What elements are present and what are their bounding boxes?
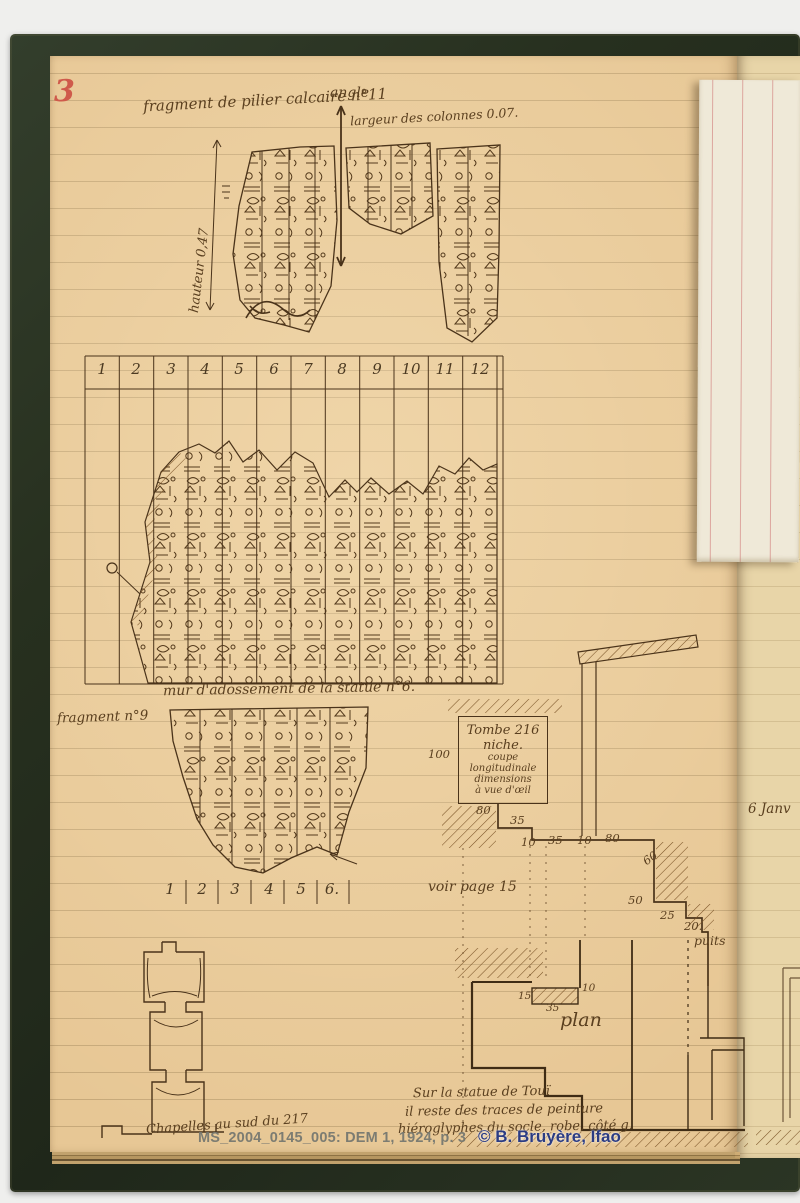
measure-35-step: 35 <box>510 814 525 827</box>
statue-note-line1: Sur la statue de Touï <box>413 1085 550 1102</box>
height-arrow <box>206 140 221 310</box>
plan-measure-15: 15 <box>518 991 531 1003</box>
measure-20: 20. <box>684 920 702 933</box>
table-col-12: 12 <box>470 360 490 378</box>
plan-measure-10: 10 <box>582 983 595 995</box>
frag9-col-6: 6. <box>322 880 342 898</box>
tomb-box-line-vue: à vue d'œil <box>475 786 531 797</box>
plan-label: plan <box>560 1010 602 1031</box>
table-col-10: 10 <box>401 360 421 378</box>
scanned-notebook-spread: 3 fragment de pilier calcaire n°11 angle… <box>0 0 800 1203</box>
frag9-col-1: 1 <box>160 880 180 898</box>
frag9-col-5: 5 <box>291 880 311 898</box>
table-col-9: 9 <box>367 360 387 378</box>
pillar-fragment-drawing <box>206 106 500 342</box>
measure-ledge-10a: 10 <box>521 836 536 849</box>
table-col-11: 11 <box>435 360 455 378</box>
fragment9-drawing <box>170 707 368 904</box>
shaft-label: puits <box>694 934 726 948</box>
frag9-col-4: 4 <box>259 880 279 898</box>
see-page-note: voir page 15 <box>428 880 517 895</box>
measure-ledge-35: 35 <box>548 834 563 847</box>
table-col-5: 5 <box>229 360 249 378</box>
frag9-col-3: 3 <box>225 880 245 898</box>
table-col-4: 4 <box>195 360 215 378</box>
angle-label: angle <box>330 86 369 101</box>
watermark-credit: © B. Bruyère, Ifao <box>478 1127 621 1147</box>
table-col-8: 8 <box>332 360 352 378</box>
tomb-box-line-niche: niche. <box>483 738 523 753</box>
ink-drawing-layer <box>0 0 800 1203</box>
table-col-6: 6 <box>264 360 284 378</box>
angle-arrow <box>337 106 345 266</box>
table-col-1: 1 <box>92 360 112 378</box>
frag9-col-2: 2 <box>192 880 212 898</box>
notebook-page-number: 3 <box>54 74 75 109</box>
table-col-7: 7 <box>298 360 318 378</box>
measure-25: 25 <box>660 909 675 922</box>
measure-50: 50 <box>628 894 643 907</box>
table-col-2: 2 <box>126 360 146 378</box>
measure-100: 100 <box>428 748 450 761</box>
tomb-number: Tombe 216 <box>467 723 540 738</box>
measure-80-top: 80 <box>476 804 491 817</box>
plan-measure-35: 35 <box>546 1003 559 1015</box>
wall-table-drawing <box>85 356 503 684</box>
measure-ledge-80: 80 <box>605 832 620 845</box>
fragment9-title: fragment n°9 <box>57 708 149 726</box>
chapels-plan-drawing <box>102 942 224 1138</box>
watermark-archive-id: MS_2004_0145_005: DEM 1, 1924, p. 3 <box>198 1130 466 1146</box>
tomb-section-label-box: Tombe 216 niche. coupe longitudinale dim… <box>458 716 548 804</box>
facing-page-note: 6 Janv <box>748 802 791 817</box>
measure-ledge-10b: 10 <box>577 834 592 847</box>
table-col-3: 3 <box>161 360 181 378</box>
